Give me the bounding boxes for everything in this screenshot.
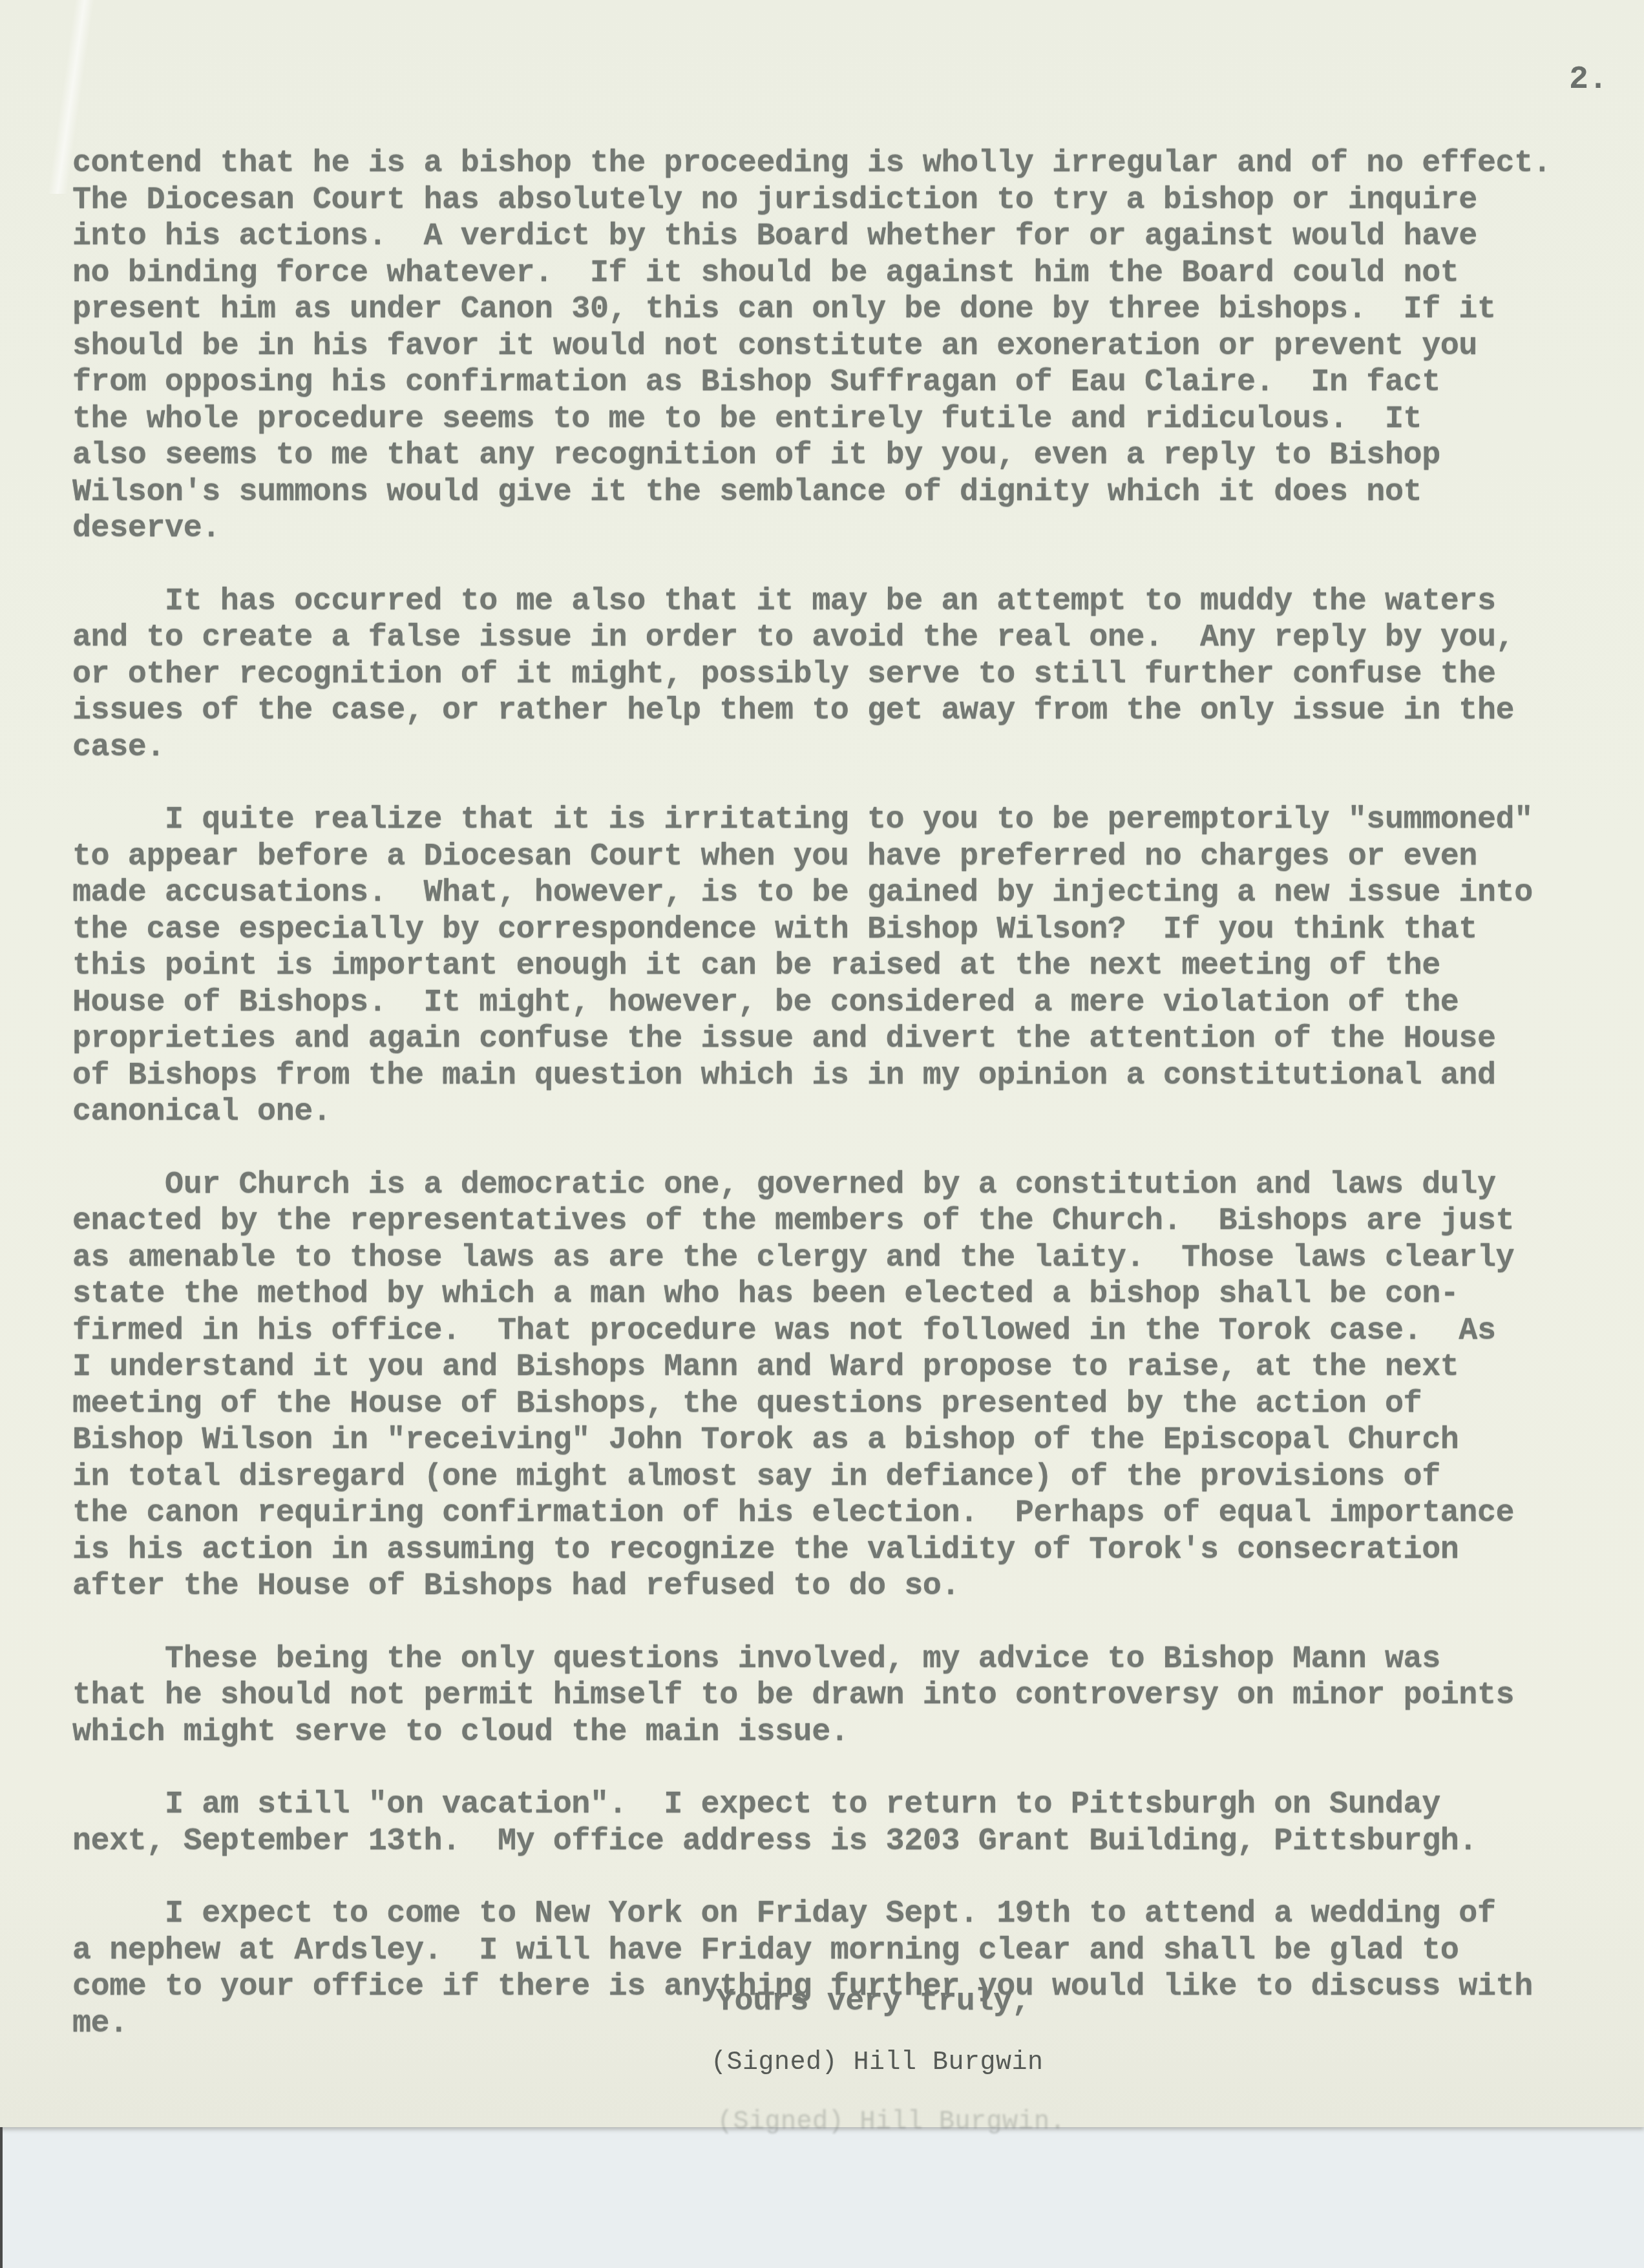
text-line: firmed in his office. That procedure was… bbox=[72, 1313, 1636, 1350]
paragraph-2: It has occurred to me also that it may b… bbox=[72, 583, 1636, 766]
text-line: Wilson's summons would give it the sembl… bbox=[72, 474, 1636, 511]
scanner-edge bbox=[0, 2127, 3, 2268]
signature-bleed-through: (Signed) Hill Burgwin. bbox=[717, 2108, 1066, 2137]
text-line: case. bbox=[72, 730, 1636, 766]
text-line: deserve. bbox=[72, 510, 1636, 547]
text-line: this point is important enough it can be… bbox=[72, 948, 1636, 985]
paragraph-6: I am still "on vacation". I expect to re… bbox=[72, 1787, 1636, 1860]
text-line: as amenable to those laws as are the cle… bbox=[72, 1240, 1636, 1277]
text-line: which might serve to cloud the main issu… bbox=[72, 1714, 1636, 1751]
text-line: or other recognition of it might, possib… bbox=[72, 656, 1636, 693]
paragraph-4: Our Church is a democratic one, governed… bbox=[72, 1167, 1636, 1605]
paragraph-7: I expect to come to New York on Friday S… bbox=[72, 1896, 1636, 2042]
text-line: to appear before a Diocesan Court when y… bbox=[72, 839, 1636, 876]
text-line: It has occurred to me also that it may b… bbox=[72, 583, 1636, 620]
text-line: the case especially by correspondence wi… bbox=[72, 912, 1636, 949]
text-line: Bishop Wilson in "receiving" John Torok … bbox=[72, 1422, 1636, 1459]
text-line: I understand it you and Bishops Mann and… bbox=[72, 1349, 1636, 1386]
text-line: canonical one. bbox=[72, 1094, 1636, 1131]
paragraph-1: contend that he is a bishop the proceedi… bbox=[72, 145, 1636, 547]
text-line: no binding force whatever. If it should … bbox=[72, 255, 1636, 292]
text-line: contend that he is a bishop the proceedi… bbox=[72, 145, 1636, 182]
text-line: Our Church is a democratic one, governed… bbox=[72, 1167, 1636, 1204]
text-line: The Diocesan Court has absolutely no jur… bbox=[72, 182, 1636, 219]
text-line: issues of the case, or rather help them … bbox=[72, 693, 1636, 730]
paragraph-5: These being the only questions involved,… bbox=[72, 1641, 1636, 1751]
text-line: that he should not permit himself to be … bbox=[72, 1677, 1636, 1714]
closing-salutation: Yours very truly, bbox=[716, 1984, 1030, 2019]
text-line: made accusations. What, however, is to b… bbox=[72, 875, 1636, 912]
text-line: next, September 13th. My office address … bbox=[72, 1823, 1636, 1860]
text-line: the whole procedure seems to me to be en… bbox=[72, 401, 1636, 438]
text-line: proprieties and again confuse the issue … bbox=[72, 1021, 1636, 1058]
text-line: I quite realize that it is irritating to… bbox=[72, 802, 1636, 839]
text-line: enacted by the representatives of the me… bbox=[72, 1203, 1636, 1240]
text-line: state the method by which a man who has … bbox=[72, 1276, 1636, 1313]
text-line: should be in his favor it would not cons… bbox=[72, 328, 1636, 365]
text-line: also seems to me that any recognition of… bbox=[72, 437, 1636, 474]
text-line: the canon requiring confirmation of his … bbox=[72, 1495, 1636, 1532]
text-line: I am still "on vacation". I expect to re… bbox=[72, 1787, 1636, 1823]
paragraph-3: I quite realize that it is irritating to… bbox=[72, 802, 1636, 1131]
letter-body: contend that he is a bishop the proceedi… bbox=[72, 145, 1636, 2078]
letter-page: 2. contend that he is a bishop the proce… bbox=[0, 0, 1644, 2127]
text-line: and to create a false issue in order to … bbox=[72, 620, 1636, 656]
text-line: in total disregard (one might almost say… bbox=[72, 1459, 1636, 1496]
text-line: is his action in assuming to recognize t… bbox=[72, 1532, 1636, 1569]
text-line: I expect to come to New York on Friday S… bbox=[72, 1896, 1636, 1933]
signature-line: (Signed) Hill Burgwin bbox=[711, 2048, 1044, 2077]
text-line: from opposing his confirmation as Bishop… bbox=[72, 364, 1636, 401]
text-line: meeting of the House of Bishops, the que… bbox=[72, 1386, 1636, 1423]
text-line: after the House of Bishops had refused t… bbox=[72, 1568, 1636, 1605]
page-number: 2. bbox=[1569, 61, 1608, 98]
text-line: into his actions. A verdict by this Boar… bbox=[72, 218, 1636, 255]
text-line: a nephew at Ardsley. I will have Friday … bbox=[72, 1933, 1636, 1969]
text-line: House of Bishops. It might, however, be … bbox=[72, 985, 1636, 1022]
text-line: These being the only questions involved,… bbox=[72, 1641, 1636, 1678]
text-line: of Bishops from the main question which … bbox=[72, 1058, 1636, 1095]
text-line: present him as under Canon 30, this can … bbox=[72, 291, 1636, 328]
